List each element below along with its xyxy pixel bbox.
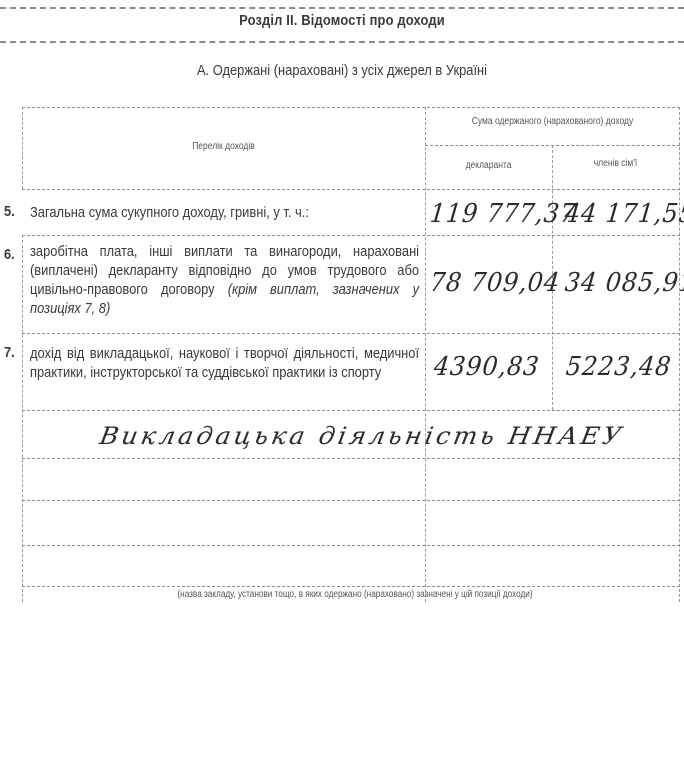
subsection-title: А. Одержані (нараховані) з усіх джерел в… <box>48 62 636 79</box>
header-income-list: Перелік доходів <box>52 141 395 152</box>
row6-label: заробітна плата, інші виплати та винагор… <box>30 242 420 318</box>
body-left-border <box>22 235 23 602</box>
note-line-2 <box>22 500 680 501</box>
row6-bottom-border <box>22 333 680 334</box>
header-family: членів сім'ї <box>562 158 670 169</box>
header-amount: Сума одержаного (нарахованого) доходу <box>444 116 661 127</box>
table-bottom-border <box>22 586 680 587</box>
header-top-border <box>22 107 680 108</box>
row6-family-amount: 34 085,91 <box>563 268 684 298</box>
row5-bottom-border <box>22 235 680 236</box>
row7-text: дохід від викладацької, наукової і творч… <box>30 344 419 382</box>
table-right-border <box>679 107 680 602</box>
row5-declarant-amount: 119 777,37 <box>428 199 577 229</box>
row7-bottom-border <box>22 410 680 411</box>
note-line-1 <box>22 458 680 459</box>
row5-text: Загальна сума сукупного доходу, гривні, … <box>30 203 419 222</box>
top-rule <box>0 7 684 9</box>
header-bottom-border <box>22 189 680 190</box>
col-divider-1 <box>425 107 426 602</box>
note-line-3 <box>22 545 680 546</box>
row6-number: 6. <box>4 246 15 263</box>
row5-label: Загальна сума сукупного доходу, гривні, … <box>30 203 420 222</box>
row5-number: 5. <box>4 203 15 220</box>
row7-declarant-amount: 4390,83 <box>432 352 541 382</box>
row7-label: дохід від викладацької, наукової і творч… <box>30 344 420 382</box>
section-title: Розділ ІІ. Відомості про доходи <box>48 12 636 29</box>
header-declarant: декларанта <box>435 160 543 171</box>
row7-number: 7. <box>4 344 15 361</box>
row5-family-amount: 44 171,55 <box>563 199 684 229</box>
section-rule <box>0 41 684 43</box>
handwritten-institution-note: Викладацька діяльність ННАЕУ <box>98 422 627 450</box>
institution-caption: (назва закладу, установи тощо, в яких од… <box>162 589 547 600</box>
row7-family-amount: 5223,48 <box>564 352 673 382</box>
row6-declarant-amount: 78 709,04 <box>428 268 561 298</box>
header-left-border <box>22 107 23 189</box>
